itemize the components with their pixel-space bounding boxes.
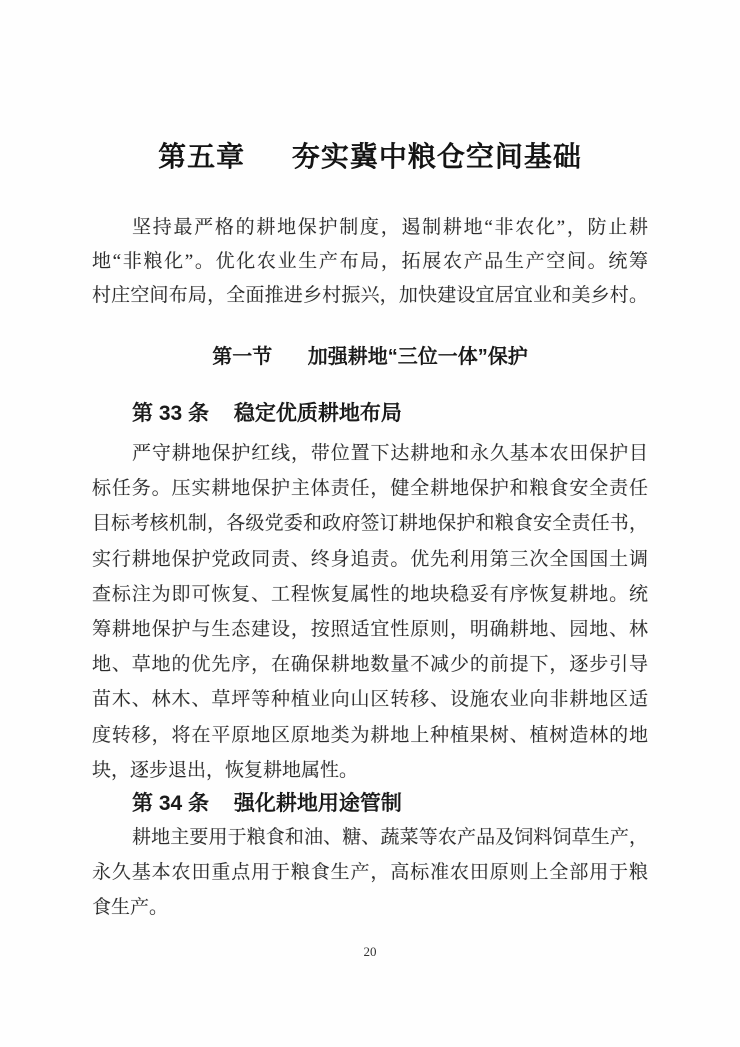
section-number: 第一节	[212, 346, 272, 368]
text-line: 地“非粮化”。优化农业生产布局，拓展农产品生产空间。统筹	[92, 245, 648, 279]
article-33-paragraph: 严守耕地保护红线，带位置下达耕地和永久基本农田保护目标任务。压实耕地保护主体责任…	[92, 436, 648, 788]
page-number: 20	[0, 944, 740, 960]
article-33-heading: 第 33 条 稳定优质耕地布局	[92, 397, 648, 431]
text-line: 食生产。	[92, 890, 648, 925]
text-line: 地、草地的优先序，在确保耕地数量不减少的前提下，逐步引导	[92, 647, 648, 682]
text-line: 实行耕地保护党政同责、终身追责。优先利用第三次全国国土调	[92, 542, 648, 577]
article-34-heading: 第 34 条 强化耕地用途管制	[92, 787, 648, 821]
text-line: 苗木、林木、草坪等种植业向山区转移、设施农业向非耕地区适	[92, 682, 648, 717]
section-title: 第一节 加强耕地“三位一体”保护	[92, 341, 648, 373]
article-34-title: 强化耕地用途管制	[234, 792, 402, 815]
text-line: 耕地主要用于粮食和油、糖、蔬菜等农产品及饲料饲草生产，	[92, 820, 648, 855]
text-line: 村庄空间布局，全面推进乡村振兴，加快建设宜居宜业和美乡村。	[92, 279, 648, 313]
section-name: 加强耕地“三位一体”保护	[308, 346, 528, 368]
article-33-number: 第 33 条	[132, 402, 209, 425]
text-line: 筹耕地保护与生态建设，按照适宜性原则，明确耕地、园地、林	[92, 612, 648, 647]
intro-paragraph: 坚持最严格的耕地保护制度，遏制耕地“非农化”，防止耕地“非粮化”。优化农业生产布…	[92, 211, 648, 313]
article-34-number: 第 34 条	[132, 792, 209, 815]
article-34-paragraph: 耕地主要用于粮食和油、糖、蔬菜等农产品及饲料饲草生产，永久基本农田重点用于粮食生…	[92, 820, 648, 926]
text-line: 目标考核机制，各级党委和政府签订耕地保护和粮食安全责任书，	[92, 506, 648, 541]
text-line: 永久基本农田重点用于粮食生产，高标准农田原则上全部用于粮	[92, 855, 648, 890]
chapter-number: 第五章	[158, 141, 245, 172]
article-33-title: 稳定优质耕地布局	[234, 402, 402, 425]
text-line: 度转移，将在平原地区原地类为耕地上种植果树、植树造林的地	[92, 718, 648, 753]
text-line: 查标注为即可恢复、工程恢复属性的地块稳妥有序恢复耕地。统	[92, 577, 648, 612]
text-line: 块，逐步退出，恢复耕地属性。	[92, 753, 648, 788]
chapter-name: 夯实冀中粮仓空间基础	[292, 141, 582, 172]
text-line: 坚持最严格的耕地保护制度，遏制耕地“非农化”，防止耕	[92, 211, 648, 245]
chapter-title: 第五章 夯实冀中粮仓空间基础	[92, 134, 648, 180]
text-line: 标任务。压实耕地保护主体责任，健全耕地保护和粮食安全责任	[92, 471, 648, 506]
document-page: 第五章 夯实冀中粮仓空间基础 坚持最严格的耕地保护制度，遏制耕地“非农化”，防止…	[0, 0, 740, 1047]
text-line: 严守耕地保护红线，带位置下达耕地和永久基本农田保护目	[92, 436, 648, 471]
